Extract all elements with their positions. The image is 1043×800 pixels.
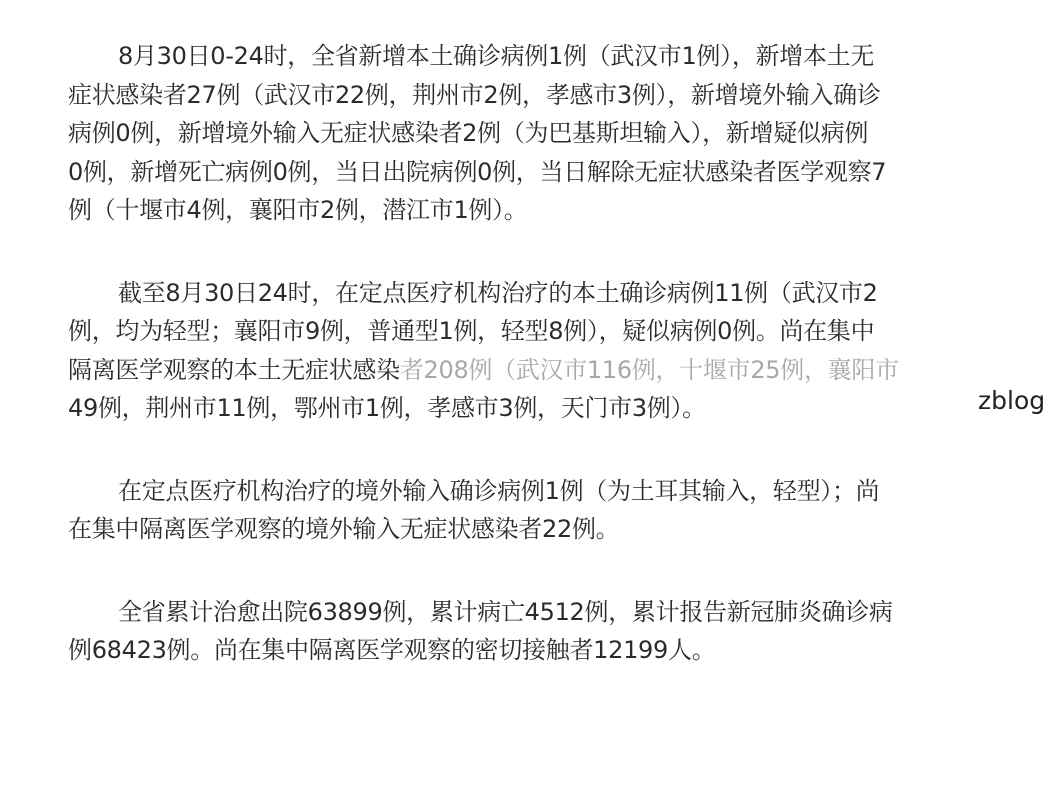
text-line: 截至8月30日24时，在定点医疗机构治疗的本土确诊病例11例（武汉市2 <box>68 274 998 313</box>
document-body: 8月30日0-24时，全省新增本土确诊病例1例（武汉市1例），新增本土无 症状感… <box>68 37 998 670</box>
text-dark-segment: 隔离医学观察的本土无症状感染 <box>68 356 400 384</box>
text-line: 病例0例，新增境外输入无症状感染者2例（为巴基斯坦输入），新增疑似病例 <box>68 114 998 153</box>
text-line: 全省累计治愈出院63899例，累计病亡4512例，累计报告新冠肺炎确诊病 <box>68 593 998 632</box>
paragraph-imported-cases: 在定点医疗机构治疗的境外输入确诊病例1例（为土耳其输入，轻型）；尚 在集中隔离医… <box>68 472 998 549</box>
text-line: 隔离医学观察的本土无症状感染者208例（武汉市116例，十堰市25例，襄阳市 <box>68 351 998 390</box>
text-line: 例（十堰市4例，襄阳市2例，潜江市1例）。 <box>68 191 998 230</box>
watermark-text: zblog <box>978 386 1043 415</box>
text-line: 例，均为轻型；襄阳市9例，普通型1例，轻型8例），疑似病例0例。尚在集中 <box>68 312 998 351</box>
paragraph-gap <box>68 230 998 274</box>
paragraph-daily-new-cases: 8月30日0-24时，全省新增本土确诊病例1例（武汉市1例），新增本土无 症状感… <box>68 37 998 230</box>
text-faded-segment: 者208例（武汉市116例，十堰市25例，襄阳市 <box>400 356 899 384</box>
text-line: 0例，新增死亡病例0例，当日出院病例0例，当日解除无症状感染者医学观察7 <box>68 153 998 192</box>
text-line: 8月30日0-24时，全省新增本土确诊病例1例（武汉市1例），新增本土无 <box>68 37 998 76</box>
paragraph-current-treatment: 截至8月30日24时，在定点医疗机构治疗的本土确诊病例11例（武汉市2 例，均为… <box>68 274 998 428</box>
paragraph-gap <box>68 428 998 472</box>
paragraph-cumulative-totals: 全省累计治愈出院63899例，累计病亡4512例，累计报告新冠肺炎确诊病 例68… <box>68 593 998 670</box>
text-line: 在定点医疗机构治疗的境外输入确诊病例1例（为土耳其输入，轻型）；尚 <box>68 472 998 511</box>
text-line: 例68423例。尚在集中隔离医学观察的密切接触者12199人。 <box>68 631 998 670</box>
text-line: 49例，荆州市11例，鄂州市1例，孝感市3例，天门市3例）。 <box>68 389 998 428</box>
text-line: 在集中隔离医学观察的境外输入无症状感染者22例。 <box>68 510 998 549</box>
paragraph-gap <box>68 549 998 593</box>
text-line: 症状感染者27例（武汉市22例，荆州市2例，孝感市3例），新增境外输入确诊 <box>68 76 998 115</box>
